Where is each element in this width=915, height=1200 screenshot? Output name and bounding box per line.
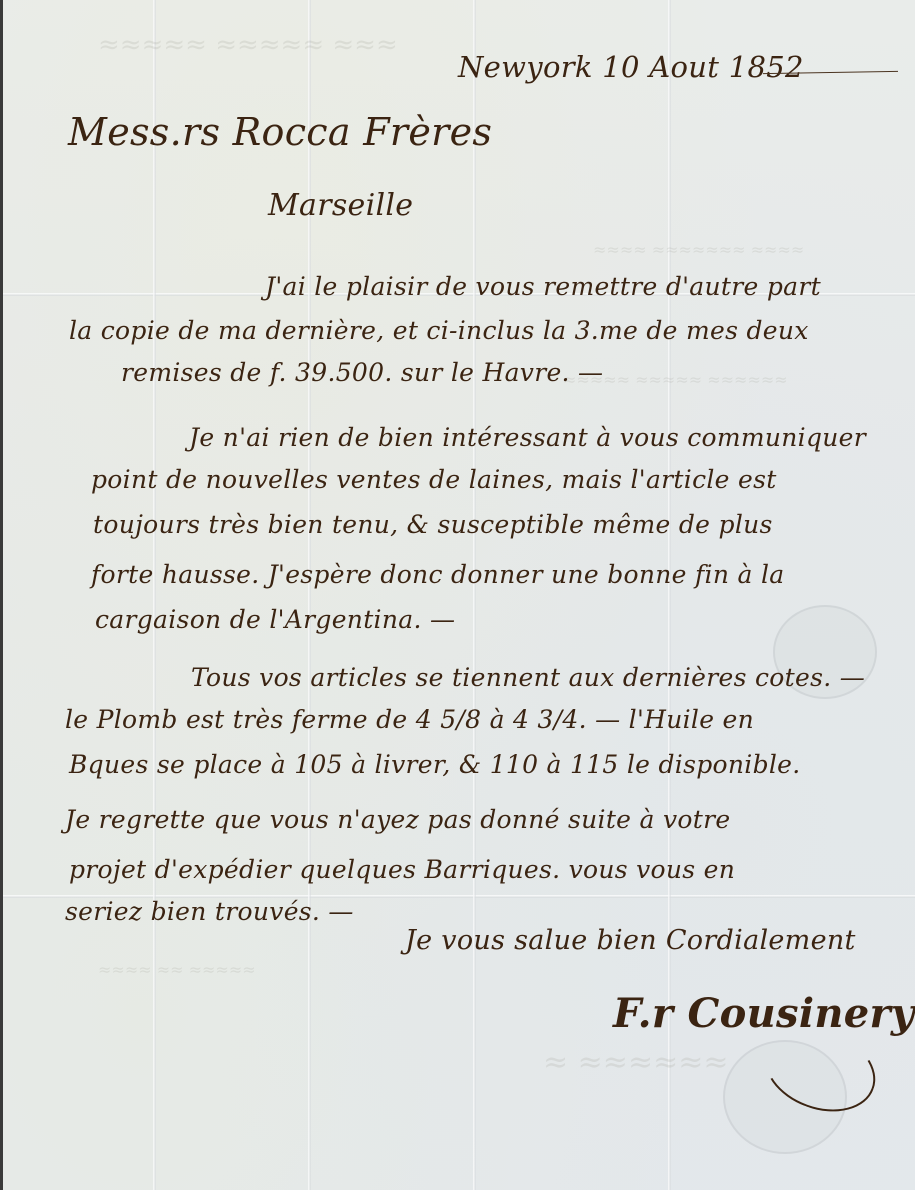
body-line: Tous vos articles se tiennent aux derniè… xyxy=(191,663,865,692)
body-line: cargaison de l'Argentina. — xyxy=(95,605,455,634)
body-line: Je n'ai rien de bien intéressant à vous … xyxy=(189,423,866,452)
body-line: forte hausse. J'espère donc donner une b… xyxy=(91,560,784,589)
fold-crease xyxy=(308,0,311,1190)
recipient-city: Marseille xyxy=(268,188,413,223)
body-line: toujours très bien tenu, & susceptible m… xyxy=(93,510,773,539)
body-line: le Plomb est très ferme de 4 5/8 à 4 3/4… xyxy=(65,705,754,734)
body-line: Je regrette que vous n'ayez pas donné su… xyxy=(65,805,730,834)
recipient-name: Mess.rs Rocca Frères xyxy=(68,110,492,154)
bleed-through-text: ≈≈≈≈ ≈≈ ≈≈≈≈≈ xyxy=(98,960,256,979)
fold-crease xyxy=(473,0,476,1190)
body-line: seriez bien trouvés. — xyxy=(65,897,354,926)
letter-page: ≈≈≈≈≈ ≈≈≈≈≈ ≈≈≈ ≈≈≈≈ ≈≈≈≈≈≈≈ ≈≈≈≈ ≈≈≈≈≈ … xyxy=(0,0,915,1190)
body-line: J'ai le plaisir de vous remettre d'autre… xyxy=(265,272,821,301)
bleed-through-text: ≈≈≈≈≈ ≈≈≈≈≈ ≈≈≈ xyxy=(98,30,398,60)
fold-crease xyxy=(153,0,156,1190)
closing-line: Je vous salue bien Cordialement xyxy=(405,925,856,956)
dateline: Newyork 10 Aout 1852 xyxy=(458,50,804,84)
body-line: point de nouvelles ventes de laines, mai… xyxy=(91,465,777,494)
body-line: la copie de ma dernière, et ci-inclus la… xyxy=(69,316,809,345)
body-line: remises de f. 39.500. sur le Havre. — xyxy=(121,358,603,387)
signature: F.r Cousinery xyxy=(613,990,914,1037)
bleed-through-signature: ≈ ≈≈≈≈≈≈ xyxy=(543,1045,729,1080)
body-line: Bques se place à 105 à livrer, & 110 à 1… xyxy=(69,750,801,779)
bleed-through-text: ≈≈≈≈ ≈≈≈≈≈≈≈ ≈≈≈≈ xyxy=(593,240,804,259)
body-line: projet d'expédier quelques Barriques. vo… xyxy=(69,855,735,884)
